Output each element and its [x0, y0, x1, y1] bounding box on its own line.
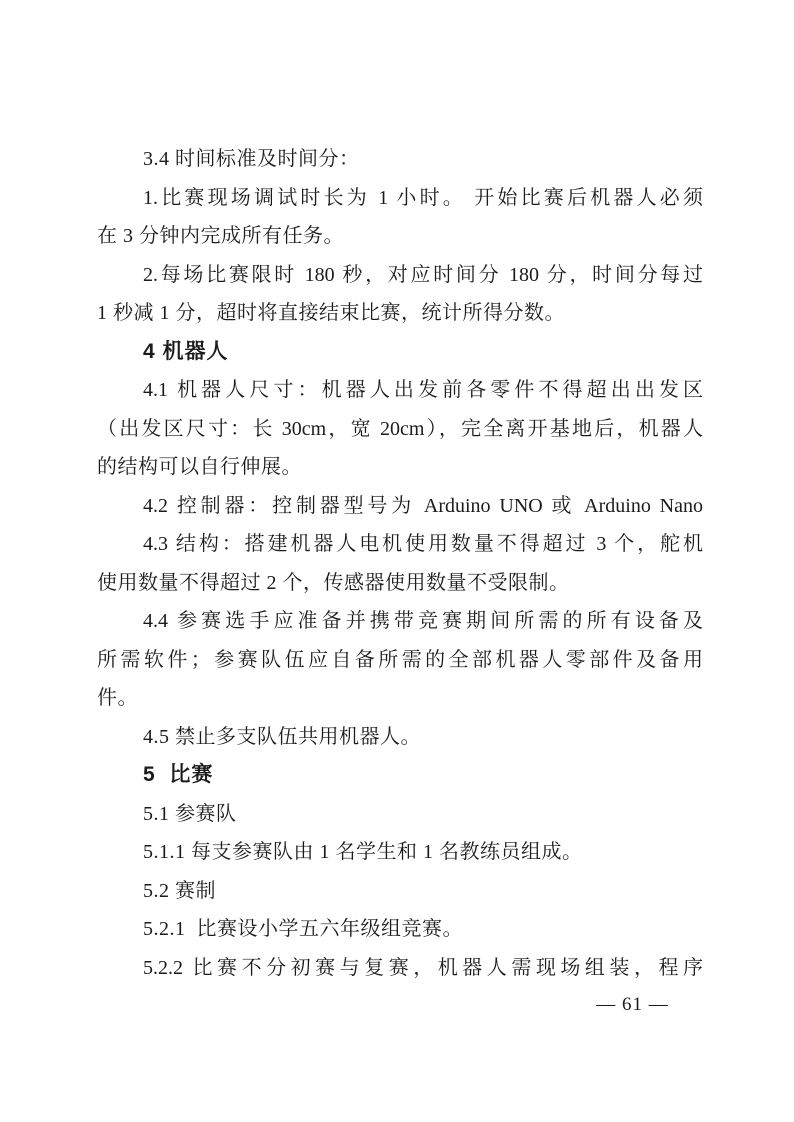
document-page: 3.4 时间标准及时间分：1.比赛现场调试时长为 1 小时。 开始比赛后机器人必…: [0, 0, 794, 1122]
section-heading: 4 机器人: [97, 333, 703, 372]
text-line: 5.2.1 比赛设小学五六年级组竞赛。: [97, 910, 703, 949]
text-line: 3.4 时间标准及时间分：: [97, 140, 703, 179]
text-line: 4.5 禁止多支队伍共用机器人。: [97, 718, 703, 757]
text-line: 4.1 机器人尺寸：机器人出发前各零件不得超出出发区: [97, 371, 703, 410]
text-line: 5.1.1 每支参赛队由 1 名学生和 1 名教练员组成。: [97, 833, 703, 872]
section-heading: 5 比赛: [97, 756, 703, 795]
text-line: 2.每场比赛限时 180 秒，对应时间分 180 分，时间分每过: [97, 256, 703, 295]
text-line: 在 3 分钟内完成所有任务。: [97, 217, 703, 256]
text-line: 1 秒减 1 分，超时将直接结束比赛，统计所得分数。: [97, 294, 703, 333]
text-line: 使用数量不得超过 2 个，传感器使用数量不受限制。: [97, 564, 703, 603]
text-line: 4.3 结构：搭建机器人电机使用数量不得超过 3 个，舵机: [97, 525, 703, 564]
document-body: 3.4 时间标准及时间分：1.比赛现场调试时长为 1 小时。 开始比赛后机器人必…: [97, 140, 703, 987]
text-line: 4.2 控制器：控制器型号为 Arduino UNO 或 Arduino Nan…: [97, 487, 703, 526]
page-number: — 61 —: [560, 994, 705, 1016]
text-line: 4.4 参赛选手应准备并携带竞赛期间所需的所有设备及: [97, 602, 703, 641]
text-line: （出发区尺寸：长 30cm，宽 20cm），完全离开基地后，机器人: [97, 410, 703, 449]
text-line: 所需软件；参赛队伍应自备所需的全部机器人零部件及备用: [97, 641, 703, 680]
text-line: 5.1 参赛队: [97, 795, 703, 834]
text-line: 5.2.2 比赛不分初赛与复赛，机器人需现场组装，程序: [97, 949, 703, 988]
text-line: 的结构可以自行伸展。: [97, 448, 703, 487]
text-line: 1.比赛现场调试时长为 1 小时。 开始比赛后机器人必须: [97, 179, 703, 218]
text-line: 件。: [97, 679, 703, 718]
text-line: 5.2 赛制: [97, 872, 703, 911]
